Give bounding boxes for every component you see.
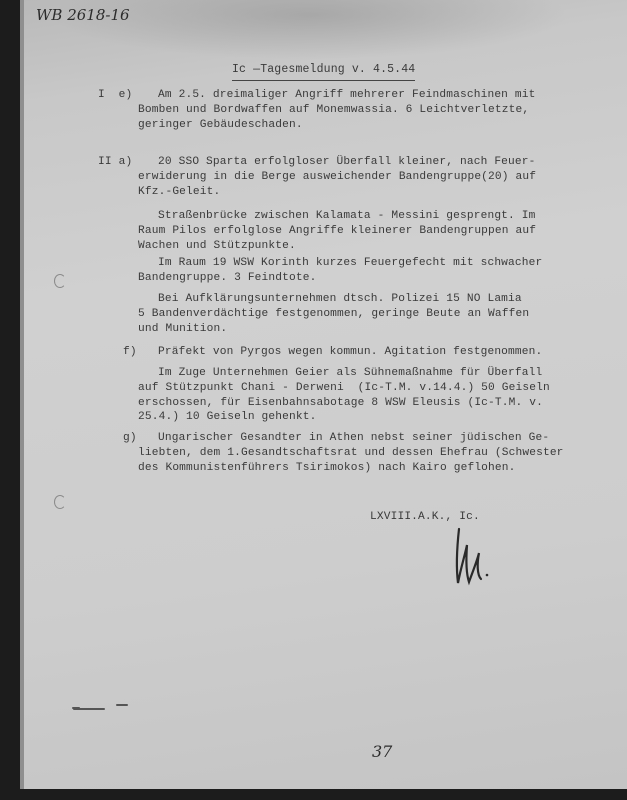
punch-hole (54, 495, 66, 509)
section-line: erwiderung in die Berge ausweichender Ba… (138, 170, 536, 185)
page-number: 37 (372, 742, 392, 761)
section-line: 25.4.) 10 Geiseln gehenkt. (138, 410, 316, 425)
ink-smudge (73, 708, 105, 710)
section-line: 20 SSO Sparta erfolgloser Überfall klein… (158, 155, 536, 170)
section-line: Bandengruppe. 3 Feindtote. (138, 271, 316, 286)
section-line: Ungarischer Gesandter in Athen nebst sei… (158, 431, 549, 446)
section-marker: g) (123, 431, 137, 446)
ink-smudge (116, 704, 128, 706)
section-marker: I e) (98, 88, 132, 103)
section-line: Präfekt von Pyrgos wegen kommun. Agitati… (158, 345, 542, 360)
section-line: Bei Aufklärungsunternehmen dtsch. Polize… (158, 292, 522, 307)
section-line: Kfz.-Geleit. (138, 185, 220, 200)
punch-hole (54, 274, 66, 288)
document-title: Ic —Tagesmeldung v. 4.5.44 (232, 62, 415, 81)
section-line: Bomben und Bordwaffen auf Monemwassia. 6… (138, 103, 529, 118)
scan-border (0, 789, 627, 800)
scanned-page: WB 2618-16 Ic —Tagesmeldung v. 4.5.44 I … (20, 0, 627, 789)
section-line: des Kommunistenführers Tsirimokos) nach … (138, 461, 516, 476)
handwritten-signature (453, 527, 493, 587)
section-line: und Munition. (138, 322, 227, 337)
archive-reference: WB 2618-16 (36, 6, 130, 24)
section-marker: f) (123, 345, 137, 360)
section-line: Im Raum 19 WSW Korinth kurzes Feuergefec… (158, 256, 542, 271)
section-line: Im Zuge Unternehmen Geier als Sühnemaßna… (158, 366, 542, 381)
signature-block: LXVIII.A.K., Ic. (370, 510, 480, 525)
section-line: Wachen und Stützpunkte. (138, 239, 296, 254)
section-line: erschossen, für Eisenbahnsabotage 8 WSW … (138, 396, 543, 411)
section-line: auf Stützpunkt Chani - Derweni (Ic-T.M. … (138, 381, 550, 396)
section-line: Raum Pilos erfolglose Angriffe kleinerer… (138, 224, 536, 239)
section-line: liebten, dem 1.Gesandtschaftsrat und des… (138, 446, 564, 461)
section-line: Straßenbrücke zwischen Kalamata - Messin… (158, 209, 536, 224)
section-line: 5 Bandenverdächtige festgenommen, gering… (138, 307, 529, 322)
section-marker: II a) (98, 155, 132, 170)
section-line: geringer Gebäudeschaden. (138, 118, 303, 133)
section-line: Am 2.5. dreimaliger Angriff mehrerer Fei… (158, 88, 536, 103)
